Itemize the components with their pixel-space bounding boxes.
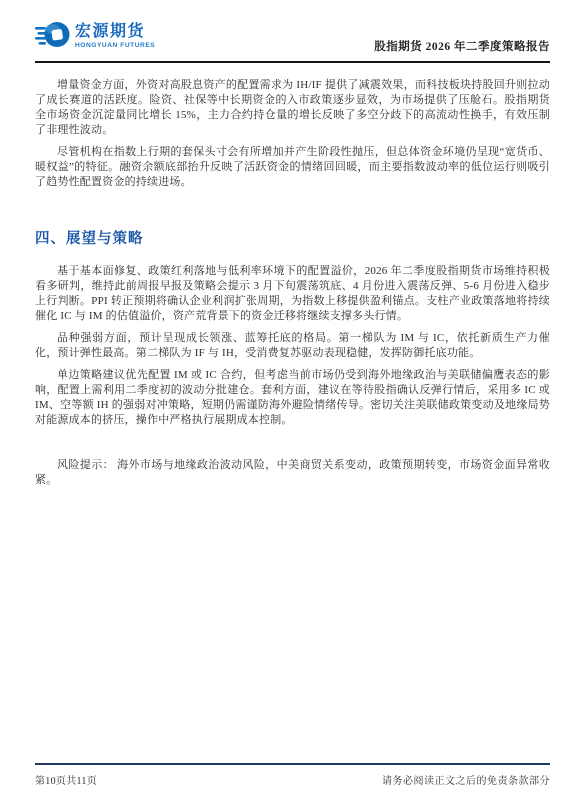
- paragraph-incremental-funds: 增量资金方面，外资对高股息资产的配置需求为 IH/IF 提供了减震效果，而科技板…: [35, 78, 550, 138]
- risk-note: 风险提示： 海外市场与地缘政治波动风险，中美商贸关系变动，政策预期转变，市场资金…: [35, 458, 550, 488]
- paragraph-market-outlook: 基于基本面修复、政策红利落地与低利率环境下的配置溢价，2026 年二季度股指期货…: [35, 264, 550, 324]
- paragraph-strategy-advice: 单边策略建议优先配置 IM 或 IC 合约，但考虑当前市场仍受到海外地缘政治与美…: [35, 368, 550, 428]
- paragraph-funding-environment: 尽管机构在指数上行期的套保头寸会有所增加并产生阶段性抛压，但总体资金环境仍呈现“…: [35, 145, 550, 190]
- hongyuan-logo: 宏源期货 HONGYUAN FUTURES: [35, 19, 155, 55]
- disclaimer-note: 请务必阅读正文之后的免责条款部分: [382, 772, 550, 787]
- logo-name-english: HONGYUAN FUTURES: [75, 43, 155, 50]
- page-header: 宏源期货 HONGYUAN FUTURES 股指期货 2026 年二季度策略报告: [35, 20, 550, 63]
- logo-name-chinese: 宏源期货: [75, 24, 155, 40]
- hongyuan-globe-icon: [35, 19, 70, 55]
- report-title: 股指期货 2026 年二季度策略报告: [374, 38, 550, 55]
- report-page: 宏源期货 HONGYUAN FUTURES 股指期货 2026 年二季度策略报告…: [0, 0, 583, 809]
- page-footer: 第10页共11页 请务必阅读正文之后的免责条款部分: [35, 763, 550, 787]
- page-number: 第10页共11页: [35, 772, 97, 787]
- section-heading-outlook-strategy: 四、展望与策略: [35, 227, 550, 248]
- document-body: 增量资金方面，外资对高股息资产的配置需求为 IH/IF 提供了减震效果，而科技板…: [35, 78, 550, 495]
- logo-wordmark: 宏源期货 HONGYUAN FUTURES: [75, 24, 155, 50]
- paragraph-variety-strength: 品种强弱方面，预计呈现成长领涨、蓝筹托底的格局。第一梯队为 IM 与 IC，依托…: [35, 331, 550, 361]
